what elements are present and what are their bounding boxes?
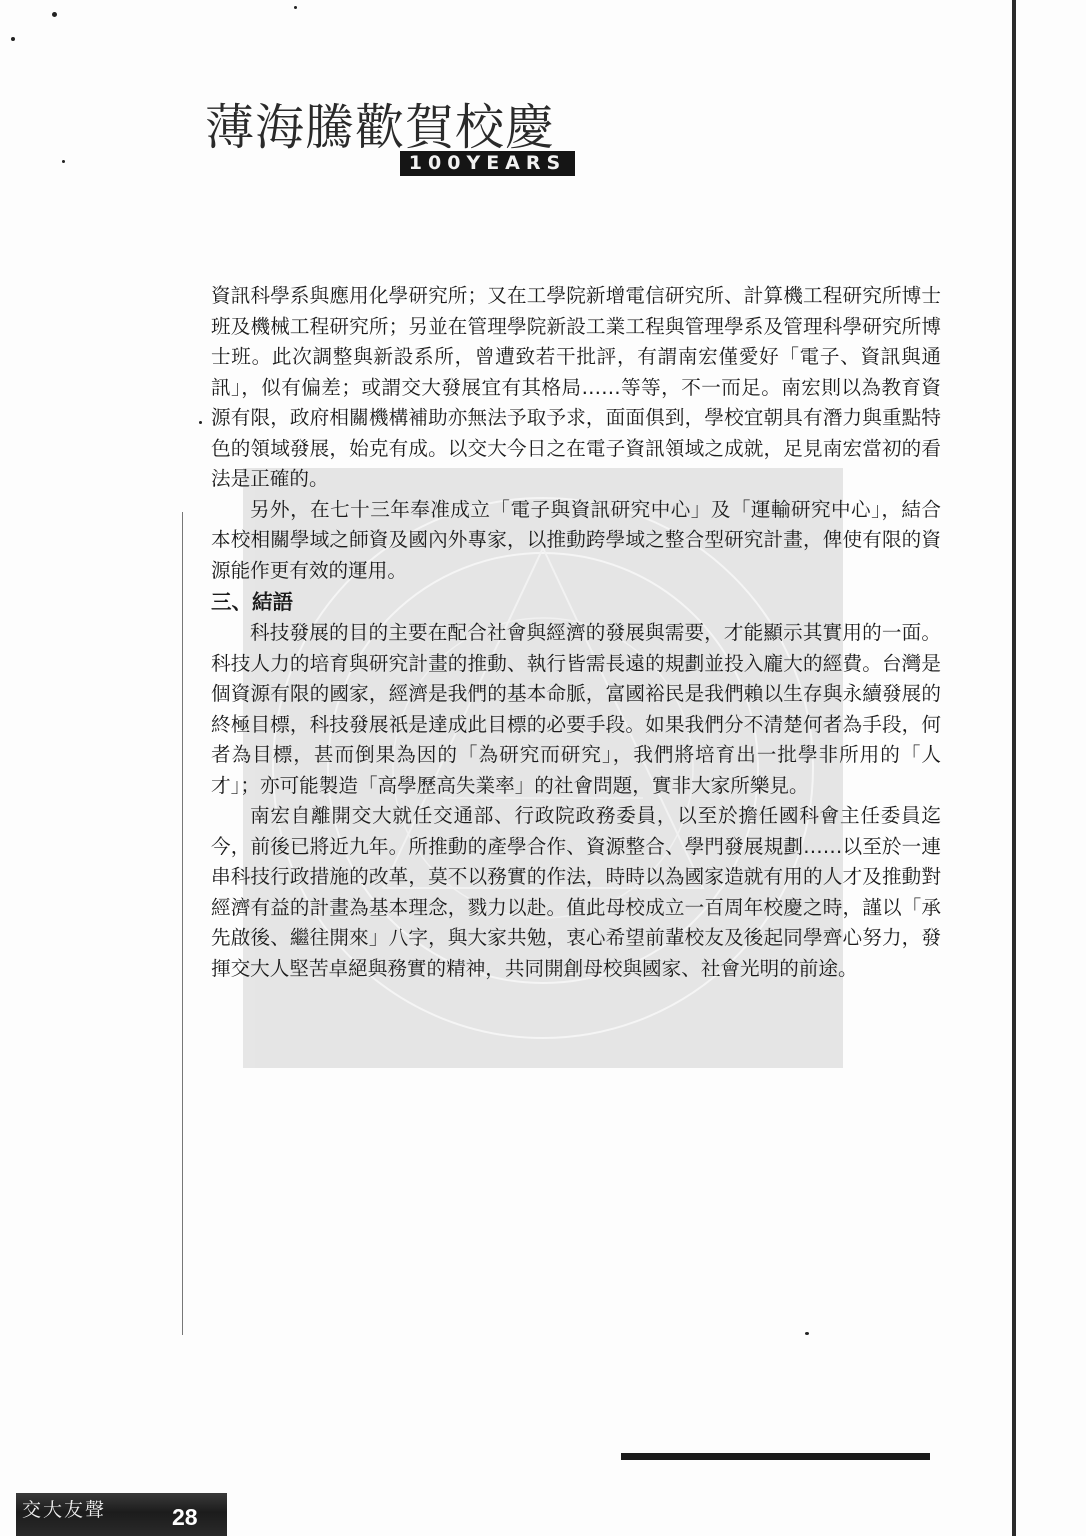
publication-name: 交大友聲	[22, 1495, 106, 1522]
page-header: 薄海騰歡賀校慶 100YEARS	[205, 98, 585, 188]
article-paragraph: 另外，在七十三年奉准成立「電子與資訊研究中心」及「運輸研究中心」，結合本校相關學…	[211, 495, 941, 587]
footer-rule	[621, 1453, 930, 1460]
page-title: 薄海騰歡賀校慶	[205, 98, 555, 158]
scan-speck	[11, 37, 15, 41]
page-number: 28	[172, 1504, 198, 1531]
page-edge-rule	[1012, 0, 1016, 1536]
scan-speck	[294, 6, 297, 9]
article-body: 資訊科學系與應用化學研究所；又在工學院新增電信研究所、計算機工程研究所博士班及機…	[211, 281, 941, 984]
article-paragraph: 資訊科學系與應用化學研究所；又在工學院新增電信研究所、計算機工程研究所博士班及機…	[211, 281, 941, 495]
section-heading: 三、結語	[211, 586, 941, 618]
centennial-badge: 100YEARS	[400, 151, 575, 176]
scan-speck	[199, 421, 202, 424]
margin-rule	[182, 512, 183, 1335]
page-footer: 交大友聲 28	[16, 1493, 227, 1536]
article-paragraph: 南宏自離開交大就任交通部、行政院政務委員，以至於擔任國科會主任委員迄今，前後已將…	[211, 801, 941, 984]
article-paragraph: 科技發展的目的主要在配合社會與經濟的發展與需要，才能顯示其實用的一面。科技人力的…	[211, 618, 941, 801]
scan-speck	[52, 12, 57, 17]
scan-speck	[62, 160, 65, 163]
scan-speck	[805, 1332, 809, 1335]
